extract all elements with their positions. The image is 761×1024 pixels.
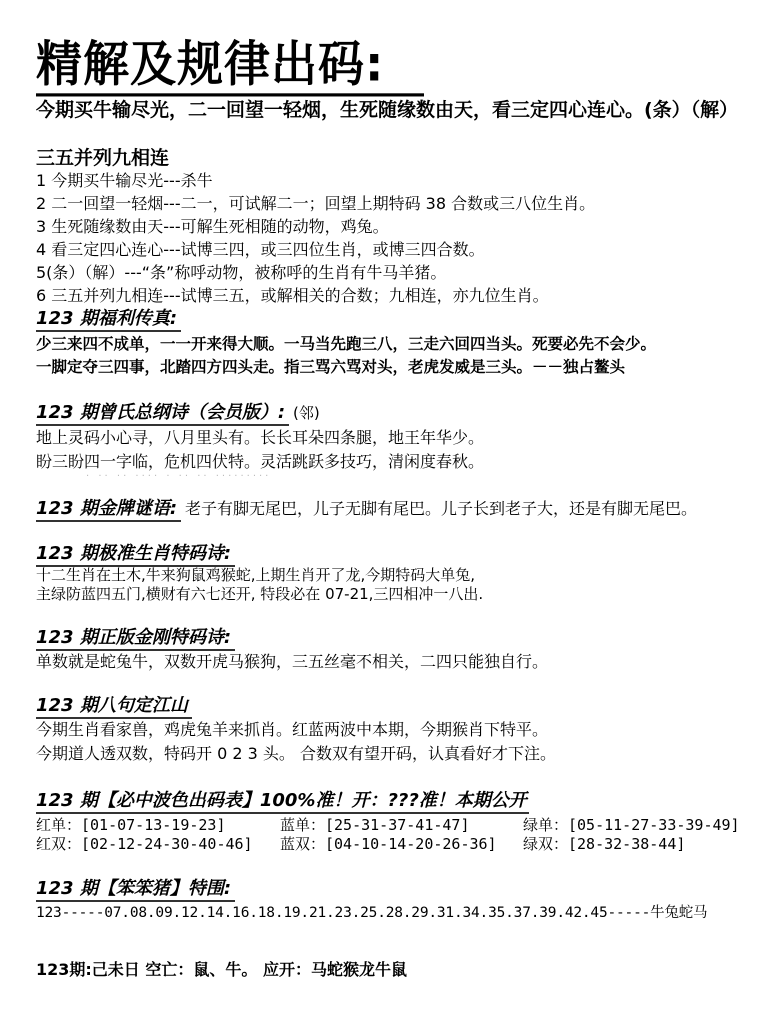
zengshi-line-1: 地上灵码小心寻，八月里头有。长长耳朵四条腿，地王年华少。 (36, 427, 484, 449)
section-heading-bose: 123 期【必中波色出码表】100%准！开：???准！本期公开 (36, 790, 529, 814)
jizhun-line-2: 主绿防蓝四五门,横财有六七还开, 特段必在 07-21,三四相冲一八出. (36, 585, 483, 604)
bose-blue-double: 蓝双：[04-10-14-20-26-36] (280, 834, 497, 854)
jizhun-line-1: 十二生肖在土木,牛来狗鼠鸡猴蛇,上期生肖开了龙,今期特码大单兔, (36, 566, 475, 585)
zengshi-suffix: (邻) (293, 402, 320, 423)
baju-line-1: 今期生肖看家兽，鸡虎兔羊来抓肖。红蓝两波中本期，今期猴肖下特平。 (36, 719, 548, 741)
bose-red-single: 红单：[01-07-13-19-23] (36, 815, 226, 835)
footer-summary: 123期:己未日 空亡：鼠、牛。 应开：马蛇猴龙牛鼠 (36, 959, 407, 981)
zengshi-line-2: 盼三盼四一字临，危机四伏特。灵活跳跃多技巧，清闲度春秋。 (36, 451, 484, 473)
intro-subhead: 三五并列九相连 (36, 147, 169, 169)
section-heading-jingang: 123 期正版金刚特码诗: (36, 627, 235, 651)
intro-verse: 今期买牛输尽光，二一回望一轻烟，生死随缘数由天，看三定四心连心。(条）（解） (36, 98, 748, 122)
explain-line-1: 1 今期买牛输尽光---杀牛 (36, 170, 213, 192)
explain-line-6: 6 三五并列九相连---试博三五，或解相关的合数；九相连，亦九位生肖。 (36, 285, 549, 307)
bose-green-double: 绿双：[28-32-38-44] (523, 834, 685, 854)
section-heading-fuli: 123 期福利传真: (36, 308, 181, 332)
zengshi-faded-line: · ·· ·· ···· · ·· ·· ········· (86, 471, 271, 482)
explain-line-2: 2 二一回望一轻烟---二一，可试解二一；回望上期特码 38 合数或三八位生肖。 (36, 193, 595, 215)
section-heading-benben: 123 期【笨笨猪】特围: (36, 878, 235, 902)
section-heading-zengshi: 123 期曾氏总纲诗（会员版）: (36, 402, 289, 426)
page-title: 精解及规律出码: (36, 35, 424, 97)
zengshi-heading-row: 123 期曾氏总纲诗（会员版）: (邻) (36, 402, 320, 426)
jinpai-text: 老子有脚无尾巴，儿子无脚有尾巴。儿子长到老子大，还是有脚无尾巴。 (185, 496, 697, 519)
explain-line-5: 5(条）（解）---“条”称呼动物，被称呼的生肖有牛马羊猪。 (36, 262, 446, 284)
baju-line-2: 今期道人透双数，特码开 0 2 3 头。 合数双有望开码，认真看好才下注。 (36, 743, 556, 765)
section-heading-jizhun: 123 期极准生肖特码诗: (36, 543, 235, 567)
jingang-text: 单数就是蛇兔牛，双数开虎马猴狗，三五丝毫不相关，二四只能独自行。 (36, 651, 548, 673)
bose-blue-single: 蓝单：[25-31-37-41-47] (280, 815, 470, 835)
bose-red-double: 红双：[02-12-24-30-40-46] (36, 834, 253, 854)
section-heading-baju: 123 期八句定江山 (36, 695, 192, 719)
bose-green-single: 绿单：[05-11-27-33-39-49] (523, 815, 740, 835)
jinpai-row: 123 期金牌谜语: 老子有脚无尾巴，儿子无脚有尾巴。儿子长到老子大，还是有脚无… (36, 496, 697, 522)
fuli-line-1: 少三来四不成单，一一开来得大顺。一马当先跑三八，三走六回四当头。死要必先不会少。 (36, 333, 656, 355)
explain-line-4: 4 看三定四心连心---试博三四，或三四位生肖，或博三四合数。 (36, 239, 485, 261)
benben-numbers: 123-----07.08.09.12.14.16.18.19.21.23.25… (36, 903, 707, 923)
fuli-line-2: 一脚定夺三四事，北踏四方四头走。指三骂六骂对头，老虎发威是三头。－－独占鳌头 (36, 356, 625, 378)
explain-line-3: 3 生死随缘数由天---可解生死相随的动物，鸡兔。 (36, 216, 389, 238)
section-heading-jinpai: 123 期金牌谜语: (36, 498, 181, 522)
